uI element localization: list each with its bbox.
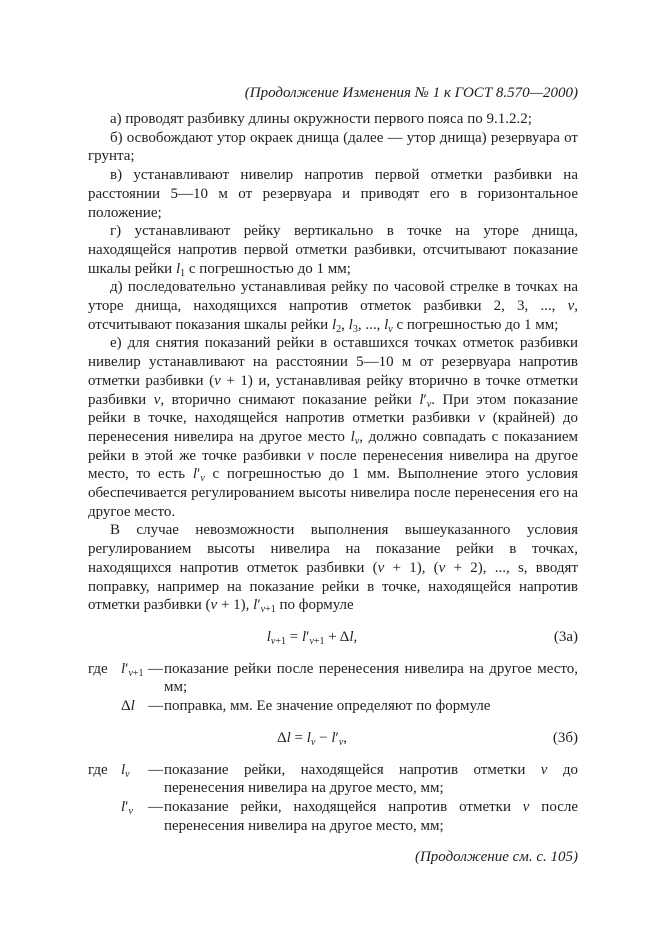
- paragraph: г) устанавливают рейку вертикально в точ…: [88, 222, 578, 278]
- document-page: (Продолжение Изменения № 1 к ГОСТ 8.570—…: [0, 0, 661, 936]
- formula-3b: Δl = lν − l′ν,(3б): [88, 729, 578, 748]
- where-dash: —: [148, 798, 164, 817]
- where-dash: —: [148, 660, 164, 679]
- where-definition: гдеlν—показание рейки, находящейся напро…: [88, 761, 578, 798]
- paragraph: В случае невозможности выполнения вышеук…: [88, 521, 578, 615]
- page-header: (Продолжение Изменения № 1 к ГОСТ 8.570—…: [88, 85, 578, 102]
- where-term: Δl: [121, 697, 148, 716]
- where-definition: l′ν—показание рейки, находящейся напроти…: [88, 798, 578, 835]
- equation: lν+1 = l′ν+1 + Δl,: [88, 628, 536, 647]
- equation: Δl = lν − l′ν,: [88, 729, 536, 748]
- where-term: l′ν+1: [121, 660, 148, 679]
- where-lead: где: [88, 761, 121, 780]
- paragraph: д) последовательно устанавливая рейку по…: [88, 278, 578, 334]
- equation-number: (3б): [536, 729, 578, 748]
- paragraph: в) устанавливают нивелир напротив первой…: [88, 166, 578, 222]
- paragraph: б) освобождают утор окраек днища (далее …: [88, 129, 578, 166]
- where-definition: Δl—поправка, мм. Ее значение определяют …: [88, 697, 578, 716]
- paragraph: е) для снятия показаний рейки в оставших…: [88, 334, 578, 521]
- where-description: показание рейки после перенесения нивели…: [164, 660, 578, 697]
- paragraph: а) проводят разбивку длины окружности пе…: [88, 110, 578, 129]
- where-dash: —: [148, 761, 164, 780]
- where-term: l′ν: [121, 798, 148, 817]
- where-term: lν: [121, 761, 148, 780]
- continuation-note: (Продолжение см. с. 105): [415, 849, 578, 865]
- where-definition: гдеl′ν+1—показание рейки после перенесен…: [88, 660, 578, 697]
- text-blocks: а) проводят разбивку длины окружности пе…: [88, 110, 578, 835]
- where-lead: где: [88, 660, 121, 679]
- continuation-note-row: (Продолжение см. с. 105): [88, 848, 578, 867]
- where-description: поправка, мм. Ее значение определяют по …: [164, 697, 578, 716]
- equation-number: (3а): [536, 628, 578, 647]
- document-content: а) проводят разбивку длины окружности пе…: [88, 110, 578, 867]
- where-description: показание рейки, находящейся напротив от…: [164, 798, 578, 835]
- formula-3a: lν+1 = l′ν+1 + Δl,(3а): [88, 628, 578, 647]
- where-dash: —: [148, 697, 164, 716]
- where-description: показание рейки, находящейся напротив от…: [164, 761, 578, 798]
